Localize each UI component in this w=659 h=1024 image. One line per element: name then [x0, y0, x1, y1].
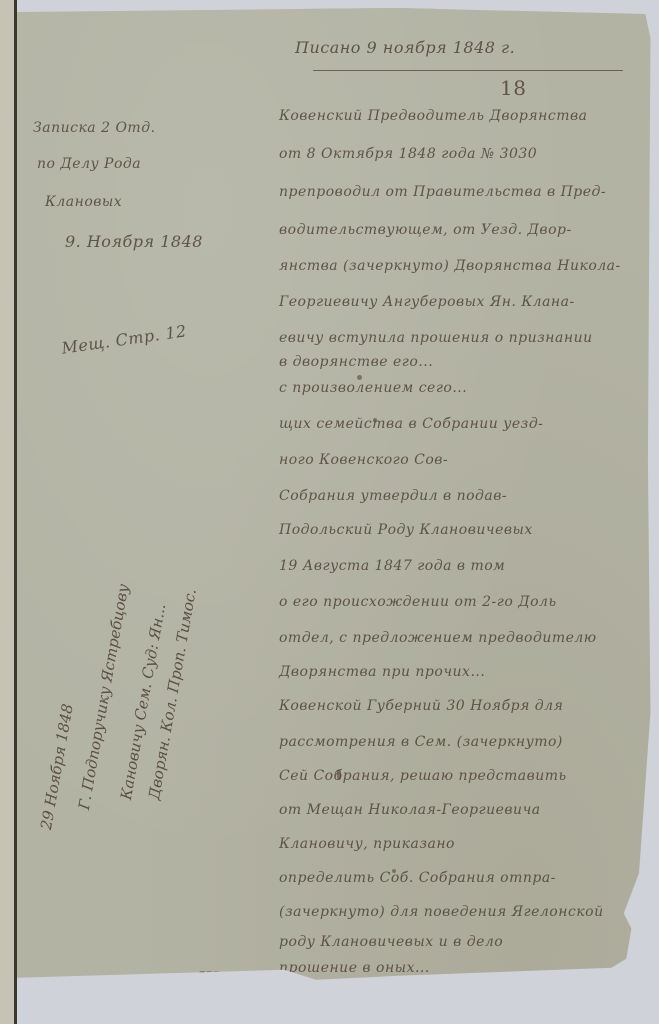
body-line: Ковенский Предводитель Дворянства [279, 108, 587, 124]
body-line: в дворянстве его... [279, 354, 433, 370]
body-line: от 8 Октября 1848 года № 3030 [279, 146, 537, 162]
body-line: от Мещан Николая-Георгиевича [279, 802, 541, 818]
ink-spot [373, 418, 377, 422]
header-note: Писано 9 ноября 1848 г. [295, 38, 515, 57]
body-line: отдел, с предложением предводителю [279, 630, 597, 646]
header-underline [313, 70, 623, 71]
body-line: Клановичу, приказано [279, 836, 455, 852]
body-line: Сей Собрания, решаю представить [279, 768, 567, 784]
body-line: щих семейства в Собрании уезд- [279, 416, 543, 432]
margin-registry-line-2: по Делу Рода [37, 156, 141, 172]
body-line: евичу вступила прошения о признании [279, 330, 593, 346]
ink-spot [357, 375, 362, 380]
body-line: прошение в оных... [279, 960, 430, 976]
margin-registry-line-1: Записка 2 Отд. [33, 120, 156, 136]
manuscript-page: Писано 9 ноября 1848 г. 18 Записка 2 Отд… [17, 8, 653, 1014]
body-line: рассмотрения в Сем. (зачеркнуто) [279, 734, 563, 750]
body-line: о его происхождении от 2-го Доль [279, 594, 557, 610]
margin-vertical-note-1: 29 Ноября 1848 [37, 702, 77, 831]
body-line: Ковенской Губерний 30 Ноября для [279, 698, 563, 714]
body-line: с произволением сего... [279, 380, 467, 396]
body-line: Дворянства при прочих... [279, 664, 485, 680]
margin-registry-line-3: Клановых [45, 194, 122, 210]
body-line: (зачеркнуто) для поведения Ягелонской [279, 904, 604, 920]
body-line: Собрания утвердил в подав- [279, 488, 507, 504]
page-number-mark: 18 [500, 76, 526, 100]
body-line: Подольский Роду Клановичевых [279, 522, 533, 538]
margin-date-note: 9. Ноября 1848 [65, 232, 203, 251]
margin-file-mark: Мещ. Стр. 12 [60, 321, 188, 357]
body-line: ного Ковенского Сов- [279, 452, 448, 468]
ink-spot [392, 869, 396, 873]
body-line: водительствующем, от Уезд. Двор- [279, 222, 572, 238]
body-line: 19 Августа 1847 года в том [279, 558, 505, 574]
body-line: янства (зачеркнуто) Дворянства Никола- [279, 258, 621, 274]
body-line: роду Клановичевых и в дело [279, 934, 503, 950]
body-line: Георгиевичу Ангуберовых Ян. Клана- [279, 294, 575, 310]
body-line: препроводил от Правительства в Пред- [279, 184, 606, 200]
ink-spot [337, 770, 341, 780]
body-line: определить Соб. Собрания отпра- [279, 870, 556, 886]
